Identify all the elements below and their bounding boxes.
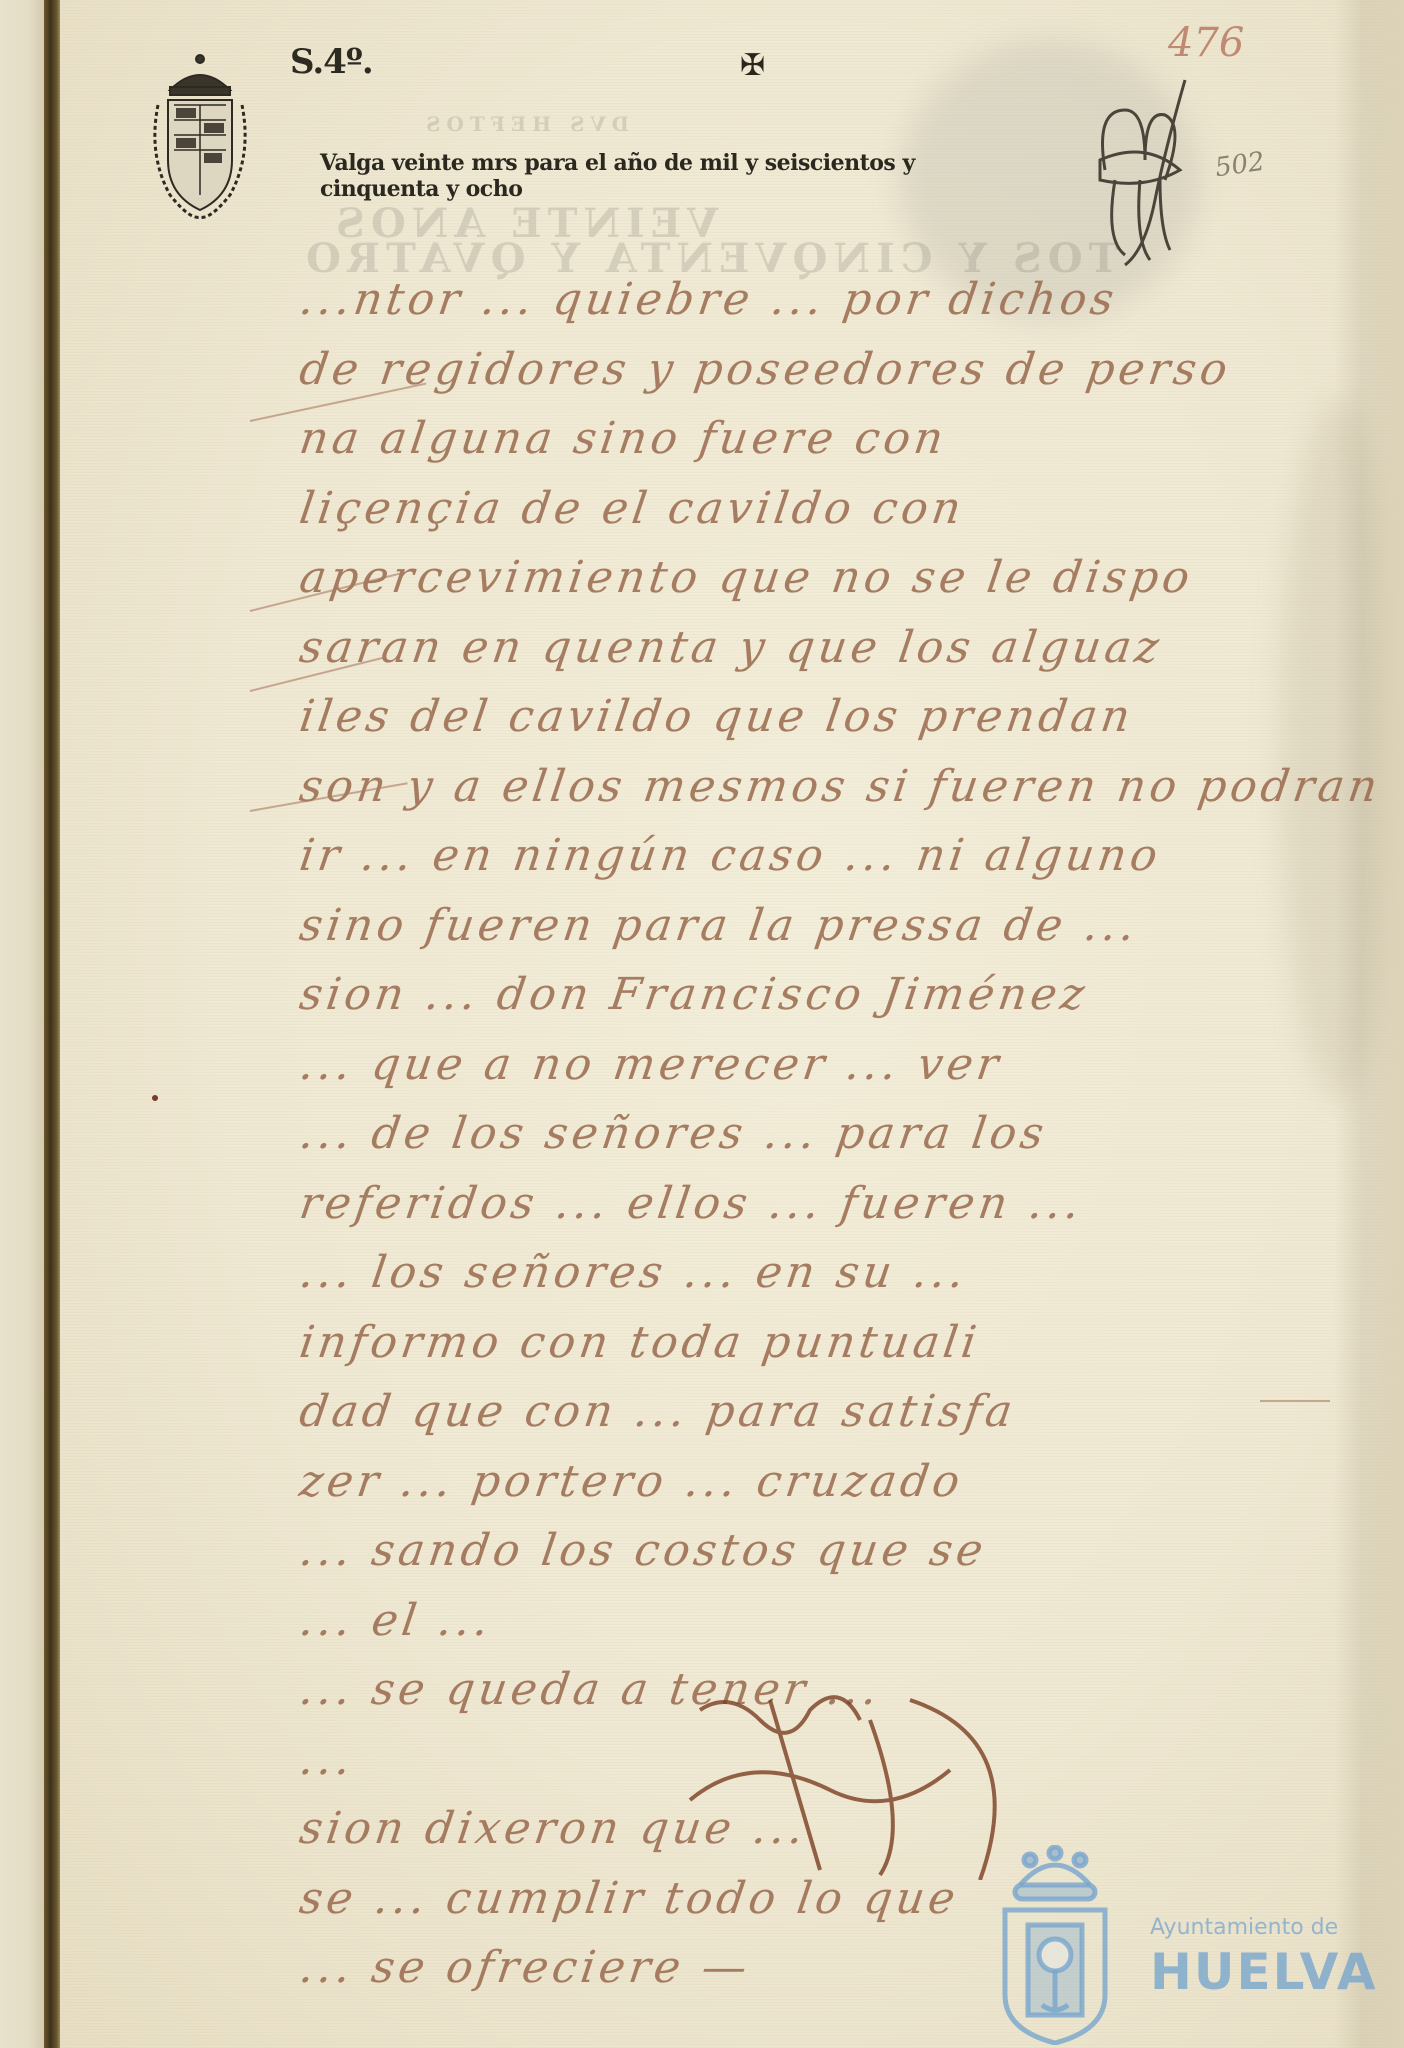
manuscript-line: ir ... en ningún caso ... ni alguno [295,821,1335,891]
facing-page-edge [0,0,48,2048]
manuscript-line: dad que con ... para satisfa [295,1377,1335,1447]
huelva-coat-of-arms-icon [990,1845,1120,2045]
manuscript-line: saran en quenta y que los alguaz [295,613,1335,683]
watermark-subtitle: Ayuntamiento de [1150,1915,1338,1940]
manuscript-line: liçençia de el cavildo con [295,474,1335,544]
watermark-title: HUELVA [1150,1943,1378,2001]
huelva-watermark: Ayuntamiento de HUELVA [990,1845,1380,2045]
stamped-paper-header: Valga veinte mrs para el año de mil y se… [320,150,915,202]
manuscript-line: apercevimiento que no se le dispo [295,543,1335,613]
manuscript-line: ... de los señores ... para los [295,1099,1335,1169]
pen-flourish [1260,1400,1330,1402]
manuscript-line: iles del cavildo que los prendan [295,682,1335,752]
ink-spot [152,1095,158,1101]
cross-icon: ✠ [740,48,765,83]
manuscript-line: ... el ... [295,1586,1335,1656]
manuscript-line: ... sando los costos que se [295,1516,1335,1586]
manuscript-line: ...ntor ... quiebre ... por dichos [295,265,1335,335]
header-line-2: cinquenta y ocho [320,176,915,202]
manuscript-line: na alguna sino fuere con [295,404,1335,474]
notary-rubric-icon [1085,70,1205,270]
manuscript-line: ... que a no merecer ... ver [295,1030,1335,1100]
seal-label: S.4º. [290,42,373,82]
manuscript-line: de regidores y poseedores de perso [295,335,1335,405]
manuscript-line: son y a ellos mesmos si fueren no podran [295,752,1335,822]
manuscript-line: sion ... don Francisco Jiménez [295,960,1335,1030]
bleed-through-text: DVS HEFTOS [420,112,629,136]
royal-coat-of-arms-icon [140,45,260,225]
manuscript-line: informo con toda puntuali [295,1308,1335,1378]
manuscript-line: ... los señores ... en su ... [295,1238,1335,1308]
page-edge-shadow [1334,0,1404,2048]
header-line-1: Valga veinte mrs para el año de mil y se… [320,150,915,176]
book-spine [44,0,60,2048]
manuscript-line: zer ... portero ... cruzado [295,1447,1335,1517]
folio-number: 476 [1168,20,1244,66]
manuscript-line: sino fueren para la pressa de ... [295,891,1335,961]
manuscript-line: referidos ... ellos ... fueren ... [295,1169,1335,1239]
